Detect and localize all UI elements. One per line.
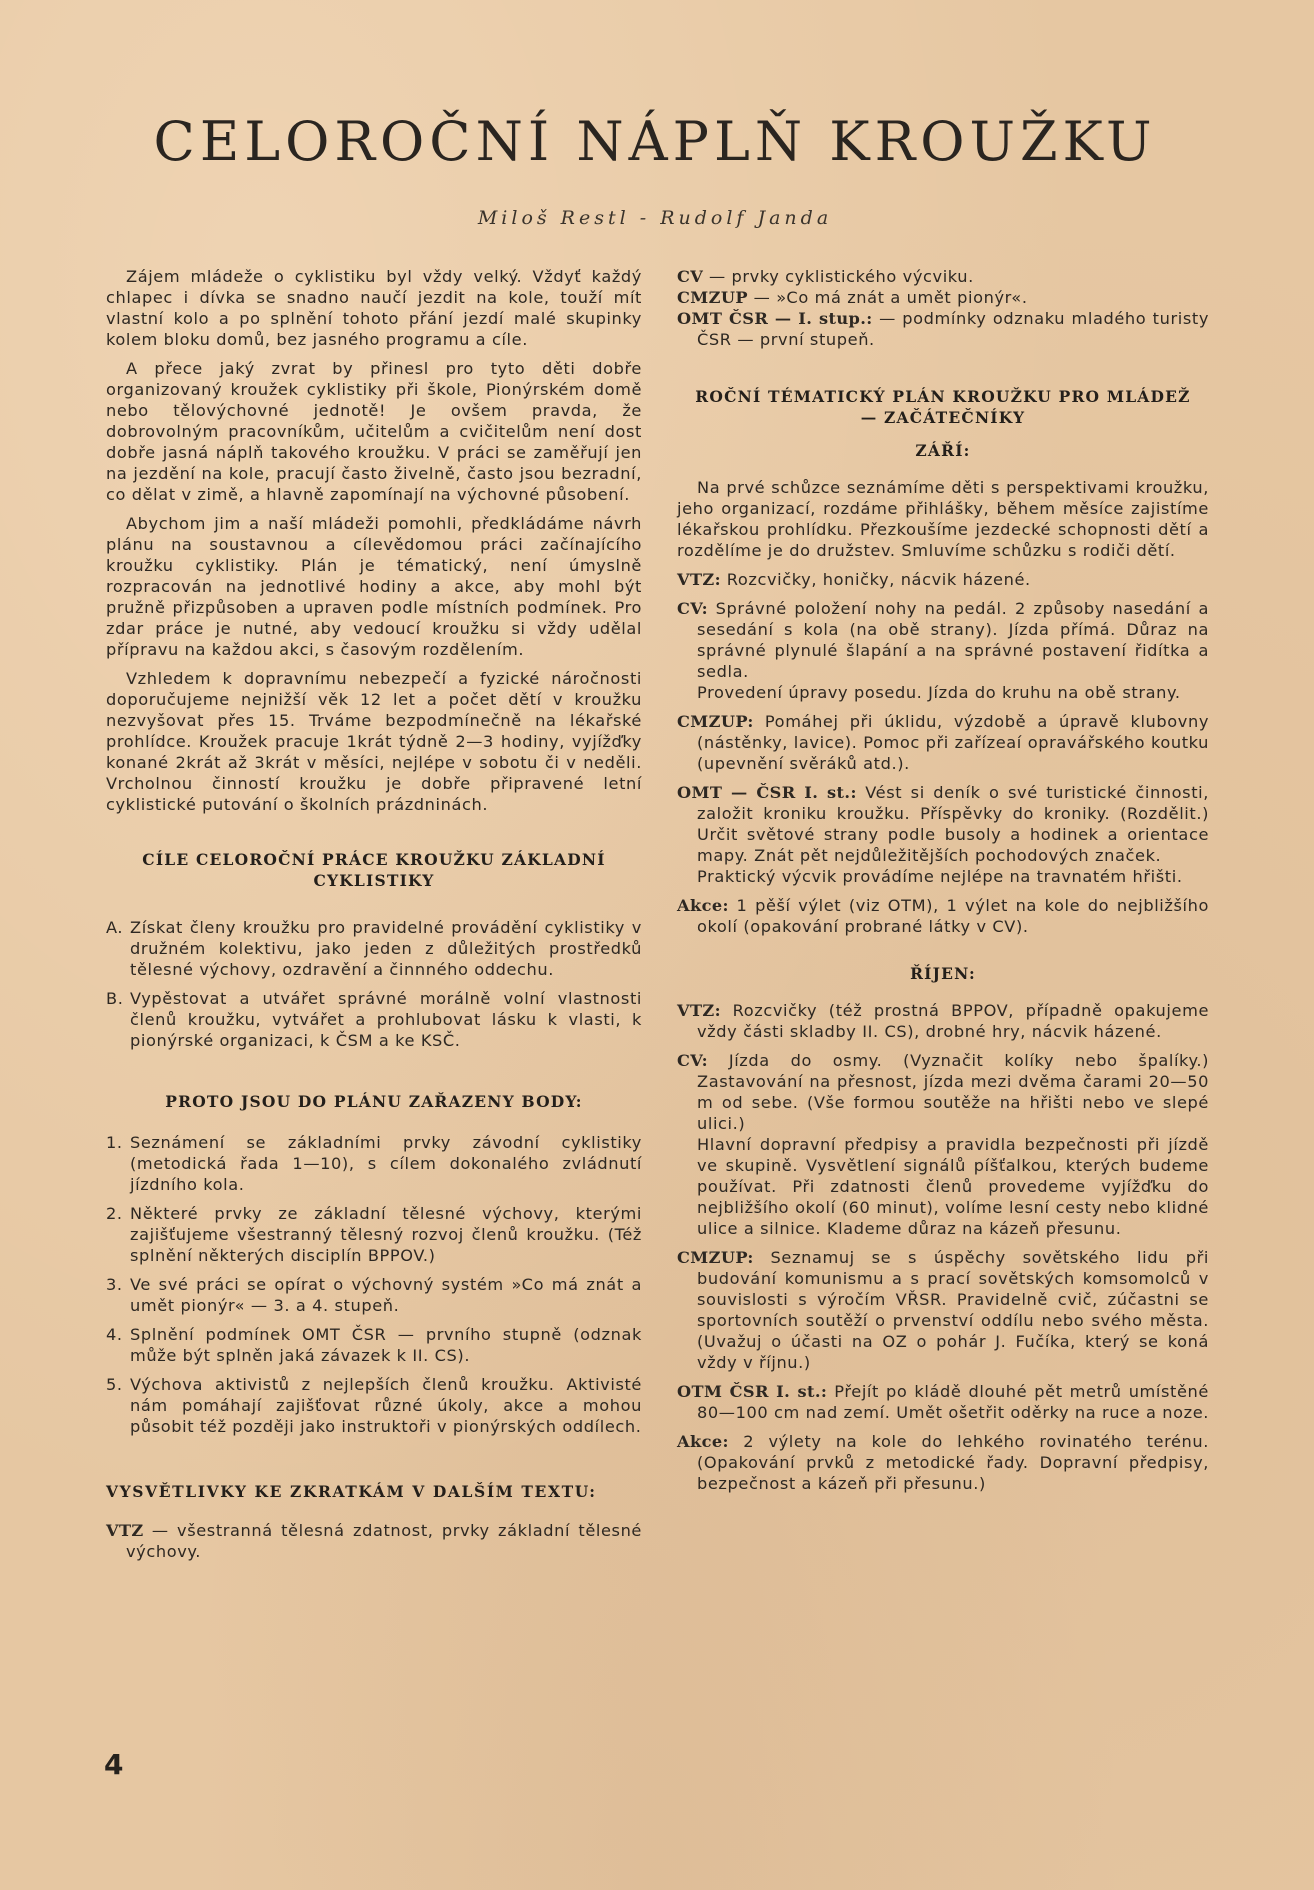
goal-text: Získat členy kroužku pro pravidelné prov… xyxy=(130,917,642,980)
point-text: Výchova aktivistů z nejlepších členů kro… xyxy=(130,1374,642,1437)
abbreviation-entry: VTZ — všestranná tělesná zdatnost, prvky… xyxy=(106,1520,642,1562)
article-authors: Miloš Restl - Rudolf Janda xyxy=(100,207,1210,229)
intro-paragraph: A přece jaký zvrat by přinesl pro tyto d… xyxy=(106,358,642,505)
entry-key: Akce: xyxy=(677,1432,729,1451)
abbreviation-entry: CMZUP — »Co má znát a umět pionýr«. xyxy=(677,287,1209,308)
goal-item: A. Získat členy kroužku pro pravidelné p… xyxy=(106,917,642,980)
page-number: 4 xyxy=(104,1748,123,1781)
plan-entry: Akce: 1 pěší výlet (viz OTM), 1 výlet na… xyxy=(677,895,1209,937)
left-column: Zájem mládeže o cyklistiku byl vždy velk… xyxy=(106,266,642,1570)
entry-text-continued: Hlavní dopravní předpisy a pravidla bezp… xyxy=(697,1134,1209,1239)
month-heading-september: ZÁŘÍ: xyxy=(677,440,1209,461)
article-title: CELOROČNÍ NÁPLŇ KROUŽKU xyxy=(100,110,1210,173)
entry-key: CMZUP: xyxy=(677,1248,754,1267)
goal-marker: B. xyxy=(106,988,130,1051)
abbreviation-entry: CV — prvky cyklistického výcviku. xyxy=(677,266,1209,287)
plan-entry: VTZ: Rozcvičky (též prostná BPPOV, přípa… xyxy=(677,1000,1209,1042)
intro-paragraph: Zájem mládeže o cyklistiku byl vždy velk… xyxy=(106,266,642,350)
plan-entry: Akce: 2 výlety na kole do lehkého rovina… xyxy=(677,1431,1209,1494)
goals-heading-text: CÍLE CELOROČNÍ PRÁCE KROUŽKU ZÁKLADNÍ CY… xyxy=(142,850,605,890)
plan-entry: CMZUP: Pomáhej při úklidu, výzdobě a úpr… xyxy=(677,711,1209,774)
point-item: 3. Ve své práci se opírat o výchovný sys… xyxy=(106,1274,642,1316)
point-text: Ve své práci se opírat o výchovný systém… xyxy=(130,1274,642,1316)
abbreviation-text: — »Co má znát a umět pionýr«. xyxy=(748,288,1028,307)
goal-marker: A. xyxy=(106,917,130,980)
point-item: 4. Splnění podmínek OMT ČSR — prvního st… xyxy=(106,1324,642,1366)
abbreviations-heading: VYSVĚTLIVKY KE ZKRATKÁM V DALŠÍM TEXTU: xyxy=(106,1481,642,1502)
month-heading-october: ŘÍJEN: xyxy=(677,963,1209,984)
abbreviation-text: — všestranná tělesná zdatnost, prvky zák… xyxy=(126,1521,642,1561)
plan-heading-line1: ROČNÍ TÉMATICKÝ PLÁN KROUŽKU PRO MLÁDEŽ xyxy=(677,386,1209,407)
entry-text: Rozcvičky (též prostná BPPOV, případně o… xyxy=(697,1001,1209,1041)
plan-entry: OMT — ČSR I. st.: Vést si deník o své tu… xyxy=(677,782,1209,887)
entry-text: Rozcvičky, honičky, nácvik házené. xyxy=(721,570,1031,589)
entry-text: 2 výlety na kole do lehkého rovinatého t… xyxy=(697,1432,1209,1493)
point-text: Některé prvky ze základní tělesné výchov… xyxy=(130,1203,642,1266)
plan-entry: CV: Jízda do osmy. (Vyznačit kolíky nebo… xyxy=(677,1050,1209,1239)
abbreviation-entry: OMT ČSR — I. stup.: — podmínky odznaku m… xyxy=(677,308,1209,350)
abbreviation-key: OMT ČSR — I. stup.: xyxy=(677,309,873,328)
point-item: 1. Seznámení se základními prvky závodní… xyxy=(106,1132,642,1195)
entry-key: OMT — ČSR I. st.: xyxy=(677,783,857,802)
plan-entry: CV: Správné položení nohy na pedál. 2 zp… xyxy=(677,598,1209,703)
magazine-page: CELOROČNÍ NÁPLŇ KROUŽKU Miloš Restl - Ru… xyxy=(0,0,1314,1890)
plan-entry: VTZ: Rozcvičky, honičky, nácvik házené. xyxy=(677,569,1209,590)
point-item: 5. Výchova aktivistů z nejlepších členů … xyxy=(106,1374,642,1437)
abbreviation-text: — prvky cyklistického výcviku. xyxy=(703,267,974,286)
intro-paragraph: Vzhledem k dopravnímu nebezpečí a fyzick… xyxy=(106,668,642,815)
entry-key: VTZ: xyxy=(677,570,721,589)
entry-key: CV: xyxy=(677,1051,708,1070)
entry-text-continued: Provedení úpravy posedu. Jízda do kruhu … xyxy=(697,682,1209,703)
goal-text: Vypěstovat a utvářet správné morálně vol… xyxy=(130,988,642,1051)
point-text: Seznámení se základními prvky závodní cy… xyxy=(130,1132,642,1195)
abbreviation-key: VTZ xyxy=(106,1521,144,1540)
point-marker: 4. xyxy=(106,1324,130,1366)
entry-text: Správné položení nohy na pedál. 2 způsob… xyxy=(697,599,1209,681)
intro-paragraph: Abychom jim a naší mládeži pomohli, před… xyxy=(106,513,642,660)
entry-key: OTM ČSR I. st.: xyxy=(677,1382,827,1401)
point-item: 2. Některé prvky ze základní tělesné výc… xyxy=(106,1203,642,1266)
point-marker: 3. xyxy=(106,1274,130,1316)
plan-entry: OTM ČSR I. st.: Přejít po kládě dlouhé p… xyxy=(677,1381,1209,1423)
points-heading: PROTO JSOU DO PLÁNU ZAŘAZENY BODY: xyxy=(106,1091,642,1112)
abbreviation-key: CMZUP xyxy=(677,288,748,307)
entry-key: CMZUP: xyxy=(677,712,754,731)
point-text: Splnění podmínek OMT ČSR — prvního stupn… xyxy=(130,1324,642,1366)
entry-key: VTZ: xyxy=(677,1001,721,1020)
point-marker: 2. xyxy=(106,1203,130,1266)
entry-key: CV: xyxy=(677,599,708,618)
plan-heading: ROČNÍ TÉMATICKÝ PLÁN KROUŽKU PRO MLÁDEŽ … xyxy=(677,386,1209,428)
entry-text: Jízda do osmy. (Vyznačit kolíky nebo špa… xyxy=(697,1051,1209,1133)
entry-key: Akce: xyxy=(677,896,729,915)
point-marker: 5. xyxy=(106,1374,130,1437)
entry-text: Seznamuj se s úspěchy sovětského lidu př… xyxy=(697,1248,1209,1372)
abbreviation-key: CV xyxy=(677,267,703,286)
goal-item: B. Vypěstovat a utvářet správné morálně … xyxy=(106,988,642,1051)
entry-text: Pomáhej při úklidu, výzdobě a úpravě klu… xyxy=(697,712,1209,773)
september-intro: Na prvé schůzce seznámíme děti s perspek… xyxy=(677,477,1209,561)
goals-heading: CÍLE CELOROČNÍ PRÁCE KROUŽKU ZÁKLADNÍ CY… xyxy=(106,849,642,891)
point-marker: 1. xyxy=(106,1132,130,1195)
right-column: CV — prvky cyklistického výcviku. CMZUP … xyxy=(677,266,1209,1502)
plan-heading-line2: — ZAČÁTEČNÍKY xyxy=(677,407,1209,428)
entry-text: 1 pěší výlet (viz OTM), 1 výlet na kole … xyxy=(697,896,1209,936)
entry-text-continued: Praktický výcvik provádíme nejlépe na tr… xyxy=(697,866,1209,887)
plan-entry: CMZUP: Seznamuj se s úspěchy sovětského … xyxy=(677,1247,1209,1373)
